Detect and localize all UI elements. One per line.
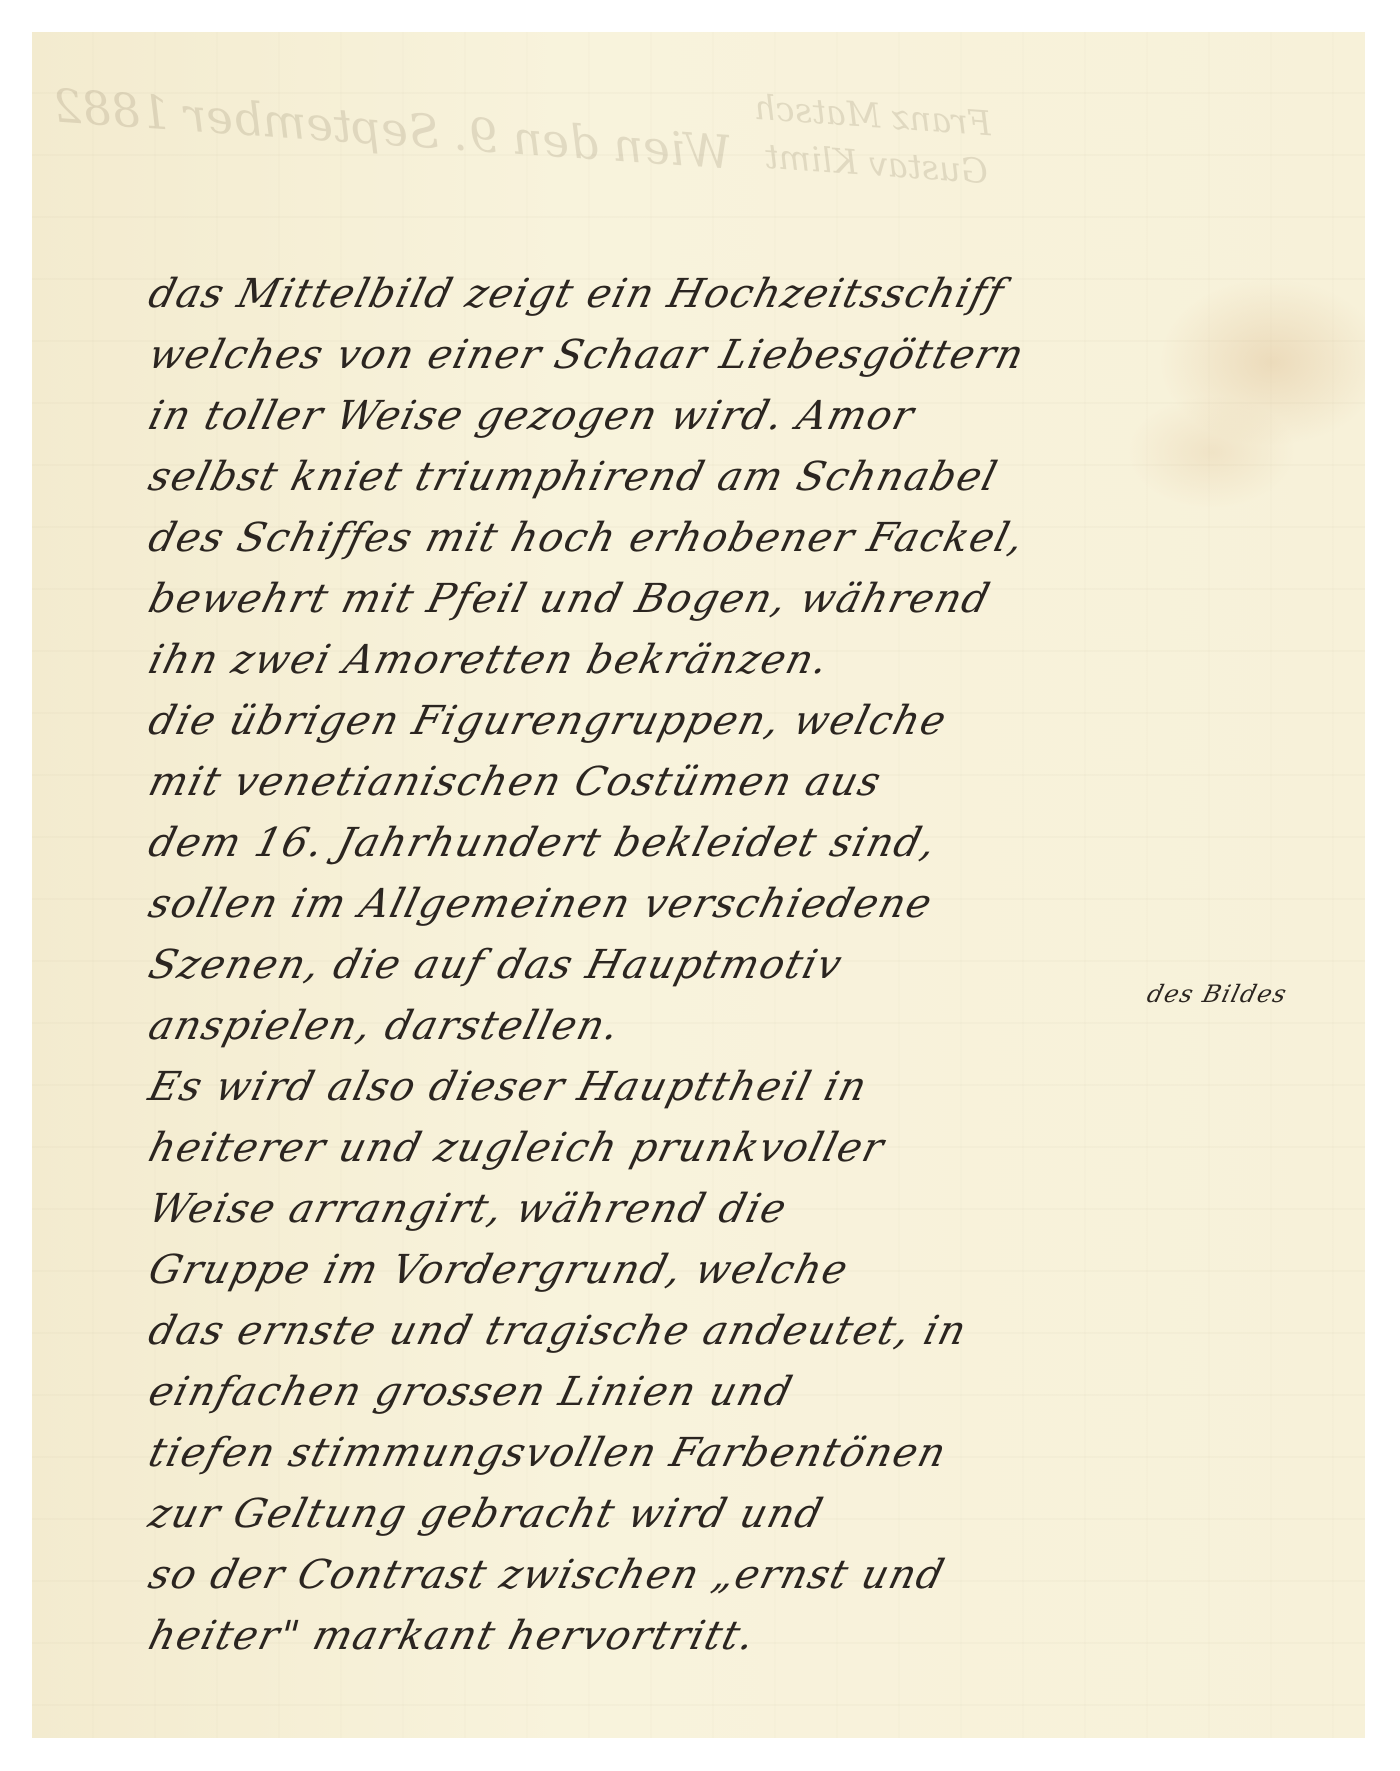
text-line: Weise arrangirt, während die	[142, 1179, 1357, 1240]
text-line: so der Contrast zwischen „ernst und	[142, 1545, 1357, 1606]
text-line: des Schiffes mit hoch erhobener Fackel,	[142, 508, 1357, 569]
text-line: selbst kniet triumphirend am Schnabel	[142, 447, 1357, 508]
text-line: das Mittelbild zeigt ein Hochzeitsschiff	[142, 264, 1357, 325]
text-line: mit venetianischen Costümen aus	[142, 752, 1357, 813]
text-line: heiter" markant hervortritt.	[142, 1606, 1357, 1667]
text-line: Gruppe im Vordergrund, welche	[142, 1240, 1357, 1301]
paper-sheet: Wien den 9. September 1882 Franz MatschG…	[32, 32, 1365, 1738]
text-line: bewehrt mit Pfeil und Bogen, während	[142, 569, 1357, 630]
text-line: in toller Weise gezogen wird. Amor	[142, 386, 1357, 447]
text-line: einfachen grossen Linien und	[142, 1362, 1357, 1423]
show-through-text: Franz MatschGustav Klimt	[749, 84, 993, 196]
text-line: anspielen, darstellen. des Bildes	[142, 996, 1357, 1057]
text-line: das ernste und tragische andeutet, in	[142, 1301, 1357, 1362]
text-line: dem 16. Jahrhundert bekleidet sind,	[142, 813, 1357, 874]
text-line: welches von einer Schaar Liebesgöttern	[142, 325, 1357, 386]
text-line-content: anspielen, darstellen.	[144, 1003, 625, 1049]
text-line: tiefen stimmungsvollen Farbentönen	[142, 1423, 1357, 1484]
show-through-text: Wien den 9. September 1882	[51, 78, 733, 179]
interlinear-insertion: des Bildes	[1145, 982, 1290, 1006]
text-line: Es wird also dieser Haupttheil in	[142, 1057, 1357, 1118]
text-line: sollen im Allgemeinen verschiedene	[142, 874, 1357, 935]
handwritten-body: das Mittelbild zeigt ein Hochzeitsschiff…	[142, 264, 1342, 1667]
text-line: ihn zwei Amoretten bekränzen.	[142, 630, 1357, 691]
text-line: die übrigen Figurengruppen, welche	[142, 691, 1357, 752]
text-line: heiterer und zugleich prunkvoller	[142, 1118, 1357, 1179]
text-line: zur Geltung gebracht wird und	[142, 1484, 1357, 1545]
